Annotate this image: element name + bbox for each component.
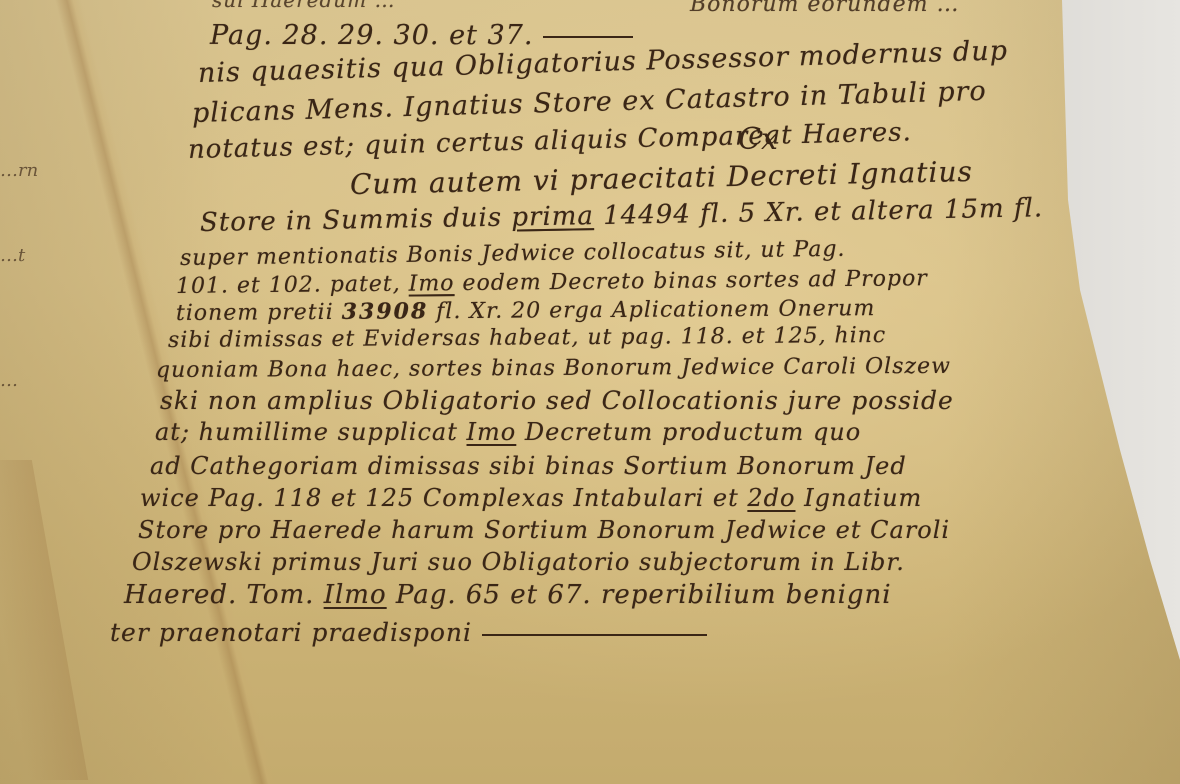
manuscript-line: at; humillime supplicat Imo Decretum pro…	[155, 418, 861, 446]
line-text: tionem pretii	[176, 300, 334, 326]
line-text: ski non amplius Obligatorio sed Collocat…	[160, 386, 954, 415]
manuscript-line: quoniam Bona haec, sortes binas Bonorum …	[156, 354, 951, 383]
fold-stain	[0, 460, 88, 780]
manuscript-line: ad Cathegoriam dimissas sibi binas Sorti…	[150, 452, 907, 480]
line-text: Store in Summis duis	[200, 203, 503, 238]
line-text: wice Pag. 118 et 125 Complexas Intabular…	[140, 484, 739, 512]
underlined-word: Imo	[467, 418, 517, 446]
line-text: fl. Xr. 20 erga Aplicationem Onerum	[436, 296, 875, 324]
margin-fragment: …rn	[0, 160, 38, 181]
manuscript-line: ter praenotari praedisponi	[110, 618, 717, 647]
flourish-mark: Cx	[738, 122, 778, 157]
line-text: Pag. 28. 29. 30. et 37.	[210, 20, 533, 51]
manuscript-line: super mentionatis Bonis Jedwice collocat…	[180, 237, 846, 271]
line-text: eodem Decreto binas sortes ad Propor	[462, 266, 928, 296]
manuscript-line: 101. et 102. patet, Imo eodem Decreto bi…	[176, 266, 928, 299]
line-text: ad Cathegoriam dimissas sibi binas Sorti…	[150, 452, 907, 480]
line-text: ter praenotari praedisponi	[110, 618, 472, 647]
line-text: 101. et 102. patet,	[176, 272, 401, 299]
manuscript-line: Store pro Haerede harum Sortium Bonorum …	[138, 516, 950, 544]
rule-dash	[543, 36, 633, 38]
manuscript-line: Haered. Tom. Ilmo Pag. 65 et 67. reperib…	[124, 580, 892, 610]
manuscript-page: …rn …t … sui Haeredum … Bonorum eorundem…	[0, 0, 1180, 784]
underlined-word: Ilmo	[324, 580, 387, 610]
underlined-word: 2do	[747, 484, 795, 512]
line-text: Cum autem vi praecitati Decreti Ignatius	[350, 155, 973, 201]
line-text: at; humillime supplicat	[155, 418, 458, 446]
photo-scene: …rn …t … sui Haeredum … Bonorum eorundem…	[0, 0, 1180, 784]
manuscript-line: Olszewski primus Juri suo Obligatorio su…	[132, 548, 905, 576]
manuscript-line: ski non amplius Obligatorio sed Collocat…	[160, 386, 954, 415]
line-text: quoniam Bona haec, sortes binas Bonorum …	[156, 354, 951, 383]
margin-fragment: …	[0, 370, 18, 391]
manuscript-line: Store in Summis duis prima 14494 fl. 5 X…	[200, 193, 1044, 238]
manuscript-line: Bonorum eorundem …	[690, 0, 959, 17]
underlined-word: prima	[511, 201, 594, 232]
line-text: Olszewski primus Juri suo Obligatorio su…	[132, 548, 905, 576]
line-text: Ignatium	[804, 484, 922, 512]
manuscript-line: wice Pag. 118 et 125 Complexas Intabular…	[140, 484, 922, 512]
line-text: 14494 fl. 5 Xr. et altera 15m fl.	[603, 193, 1043, 231]
manuscript-line: sui Haeredum …	[212, 0, 396, 12]
line-text: Pag. 65 et 67. reperibilium benigni	[396, 580, 892, 610]
line-text: Bonorum eorundem …	[690, 0, 959, 17]
line-text: sui Haeredum …	[212, 0, 396, 12]
line-text: Haered. Tom.	[124, 580, 314, 610]
margin-fragment: …t	[0, 245, 25, 266]
line-text: Store pro Haerede harum Sortium Bonorum …	[138, 516, 950, 544]
manuscript-line: sibi dimissas et Evidersas habeat, ut pa…	[168, 323, 886, 353]
amount-value: 33908	[342, 298, 429, 325]
underlined-word: Imo	[409, 271, 455, 296]
line-text: super mentionatis Bonis Jedwice collocat…	[180, 237, 846, 271]
manuscript-line: tionem pretii 33908 fl. Xr. 20 erga Apli…	[176, 295, 875, 326]
line-text: sibi dimissas et Evidersas habeat, ut pa…	[168, 323, 886, 353]
rule-dash	[482, 634, 707, 636]
line-text: Decretum productum quo	[525, 418, 861, 446]
manuscript-line: Cum autem vi praecitati Decreti Ignatius	[350, 155, 973, 201]
